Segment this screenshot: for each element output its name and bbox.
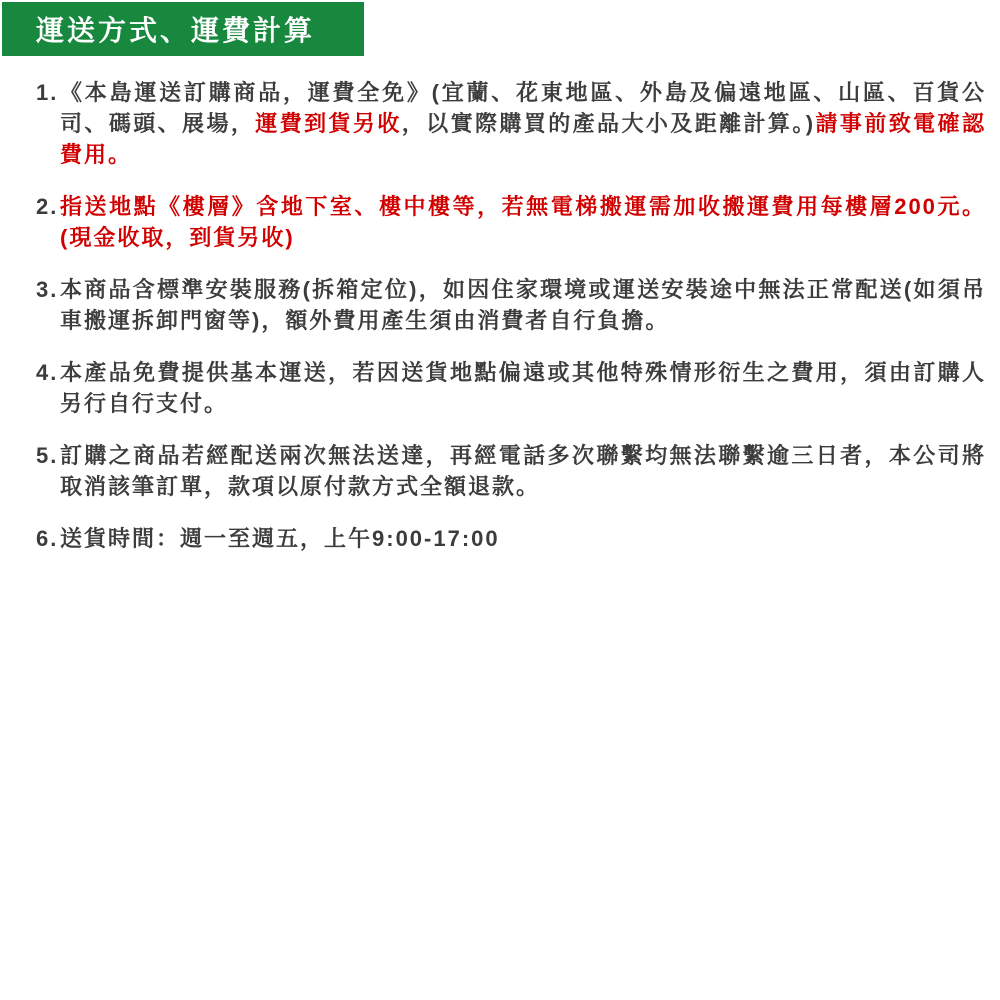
list-item-3: 3. 本商品含標準安裝服務(拆箱定位)，如因住家環境或運送安裝途中無法正常配送(… <box>36 274 986 336</box>
text-segment: 訂購之商品若經配送兩次無法送達，再經電話多次聯繫均無法聯繫逾三日者，本公司將取消… <box>60 443 986 499</box>
list-item-text: 指送地點《樓層》含地下室、樓中樓等，若無電梯搬運需加收搬運費用每樓層200元。(… <box>60 191 986 253</box>
list-item-number: 4. <box>36 357 60 388</box>
page-title: 運送方式、運費計算 <box>36 9 315 49</box>
list-item-text: 本產品免費提供基本運送，若因送貨地點偏遠或其他特殊情形衍生之費用，須由訂購人另行… <box>60 357 986 419</box>
text-segment: 送貨時間：週一至週五，上午9:00-17:00 <box>60 526 500 551</box>
list-item-number: 2. <box>36 191 60 222</box>
text-segment: 本商品含標準安裝服務(拆箱定位)，如因住家環境或運送安裝途中無法正常配送(如須吊… <box>60 277 986 333</box>
list-item-1: 1. 《本島運送訂購商品，運費全免》(宜蘭、花東地區、外島及偏遠地區、山區、百貨… <box>36 77 986 170</box>
list-item-number: 1. <box>36 77 60 108</box>
list-item-2: 2. 指送地點《樓層》含地下室、樓中樓等，若無電梯搬運需加收搬運費用每樓層200… <box>36 191 986 253</box>
list-item-text: 《本島運送訂購商品，運費全免》(宜蘭、花東地區、外島及偏遠地區、山區、百貨公司、… <box>60 77 986 170</box>
list-item-number: 6. <box>36 523 60 554</box>
list-item-text: 本商品含標準安裝服務(拆箱定位)，如因住家環境或運送安裝途中無法正常配送(如須吊… <box>60 274 986 336</box>
text-segment-highlight: 運費到貨另收 <box>255 111 401 136</box>
header-banner: 運送方式、運費計算 <box>2 2 364 56</box>
list-item-6: 6. 送貨時間：週一至週五，上午9:00-17:00 <box>36 523 986 554</box>
list-item-number: 3. <box>36 274 60 305</box>
list-item-4: 4. 本產品免費提供基本運送，若因送貨地點偏遠或其他特殊情形衍生之費用，須由訂購… <box>36 357 986 419</box>
text-segment: 本產品免費提供基本運送，若因送貨地點偏遠或其他特殊情形衍生之費用，須由訂購人另行… <box>60 360 986 416</box>
shipping-terms-list: 1. 《本島運送訂購商品，運費全免》(宜蘭、花東地區、外島及偏遠地區、山區、百貨… <box>36 77 986 554</box>
text-segment-highlight: 指送地點《樓層》含地下室、樓中樓等，若無電梯搬運需加收搬運費用每樓層200元。(… <box>60 194 986 250</box>
list-item-5: 5. 訂購之商品若經配送兩次無法送達，再經電話多次聯繫均無法聯繫逾三日者，本公司… <box>36 440 986 502</box>
list-item-text: 訂購之商品若經配送兩次無法送達，再經電話多次聯繫均無法聯繫逾三日者，本公司將取消… <box>60 440 986 502</box>
list-item-number: 5. <box>36 440 60 471</box>
shipping-info-page: 運送方式、運費計算 1. 《本島運送訂購商品，運費全免》(宜蘭、花東地區、外島及… <box>0 0 1000 1000</box>
text-segment: ，以實際購買的產品大小及距離計算。) <box>402 111 815 136</box>
list-item-text: 送貨時間：週一至週五，上午9:00-17:00 <box>60 523 986 554</box>
